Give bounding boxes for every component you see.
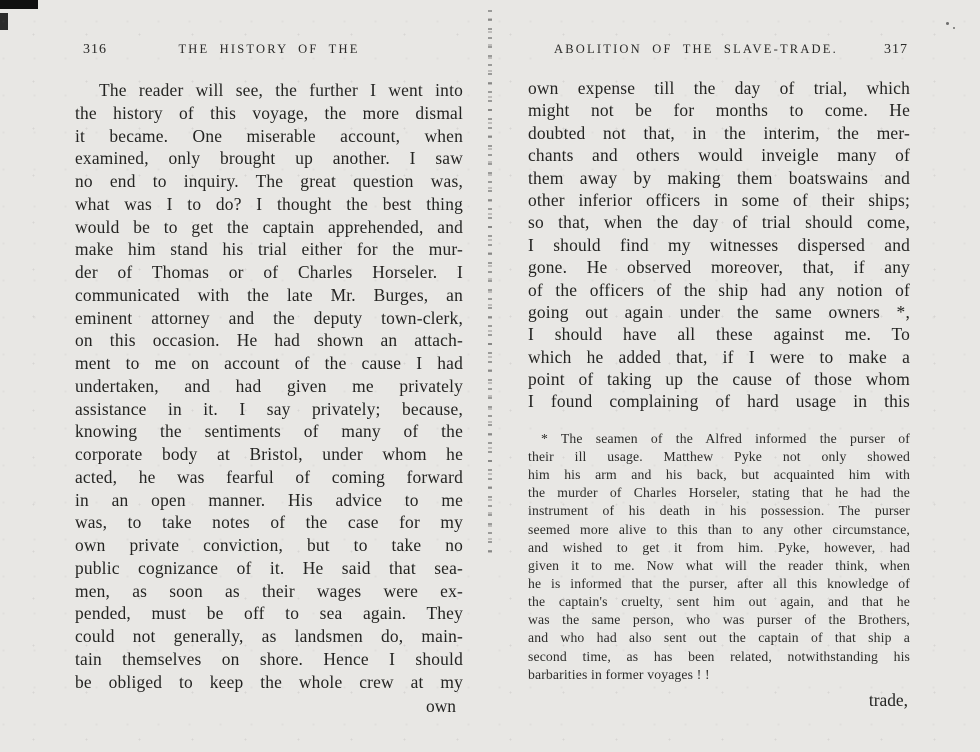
text-line: of the officers of the ship had any noti…: [528, 279, 910, 301]
text-line: second time, as has been related, notwit…: [528, 648, 910, 666]
text-line: public cognizance of it. He said that se…: [75, 557, 463, 580]
right-page-number: 317: [884, 42, 908, 58]
text-line: der of Thomas or of Charles Horseler. I: [75, 261, 463, 284]
text-line: be obliged to keep the whole crew at my: [75, 671, 463, 694]
text-line: their ill usage. Matthew Pyke not only s…: [528, 448, 910, 466]
text-line: eminent attorney and the deputy town-cle…: [75, 307, 463, 330]
text-line: undertaken, and had given me privately: [75, 375, 463, 398]
text-line: I should find my witnesses dispersed and: [528, 234, 910, 256]
text-line: he is informed that the purser, after al…: [528, 575, 910, 593]
text-line: gone. He observed moreover, that, if any: [528, 256, 910, 278]
text-line: and who had also sent out the captain of…: [528, 629, 910, 647]
text-line: which he added that, if I were to make a: [528, 346, 910, 368]
left-running-header: THE HISTORY OF THE: [75, 42, 463, 57]
text-line: could not generally, as landsmen do, mai…: [75, 625, 463, 648]
right-page-header: ABOLITION OF THE SLAVE-TRADE. 317: [528, 42, 910, 60]
text-line: what was I to do? I thought the best thi…: [75, 193, 463, 216]
text-line: own private conviction, but to take no: [75, 534, 463, 557]
left-page-catchword: own: [75, 695, 463, 717]
text-line: tain themselves on shore. Hence I should: [75, 648, 463, 671]
scanner-corner-mark: [0, 0, 38, 9]
text-line: assistance in it. I say privately; becau…: [75, 398, 463, 421]
text-line: I found complaining of hard usage in thi…: [528, 390, 910, 412]
text-line: knowing the sentiments of many of the: [75, 420, 463, 443]
text-line: corporate body at Bristol, under whom he: [75, 443, 463, 466]
text-line: chants and others would inveigle many of: [528, 144, 910, 166]
text-line: barbarities in former voyages ! !: [528, 666, 910, 684]
text-line: instrument of his death in his possessio…: [528, 502, 910, 520]
scanner-corner-mark: [0, 13, 8, 30]
left-page-body-text: The reader will see, the further I went …: [75, 79, 463, 693]
scan-speck: [953, 27, 955, 29]
text-line: other inferior officers in some of their…: [528, 189, 910, 211]
text-line: them away by making them boatswains and: [528, 167, 910, 189]
text-line: no end to inquiry. The great question wa…: [75, 170, 463, 193]
text-line: own expense till the day of trial, which: [528, 77, 910, 99]
text-line: the history of this voyage, the more dis…: [75, 102, 463, 125]
text-line: pended, must be off to sea again. They: [75, 602, 463, 625]
text-line: would be to get the captain apprehended,…: [75, 216, 463, 239]
text-line: might not be for months to come. He: [528, 99, 910, 121]
scan-speck: [946, 22, 949, 25]
right-page-body-text: own expense till the day of trial, which…: [528, 77, 910, 413]
left-page-header: 316 THE HISTORY OF THE: [75, 42, 463, 60]
text-line: doubted not that, in the interim, the me…: [528, 122, 910, 144]
text-line: acted, he was fearful of coming forward: [75, 466, 463, 489]
text-line: communicated with the late Mr. Burges, a…: [75, 284, 463, 307]
text-line: make him stand his trial either for the …: [75, 238, 463, 261]
text-line: ment to me on account of the cause I had: [75, 352, 463, 375]
text-line: it became. One miserable account, when: [75, 125, 463, 148]
text-line: was, to take notes of the case for my: [75, 511, 463, 534]
text-line: so that, when the day of trial should co…: [528, 211, 910, 233]
text-line: * The seamen of the Alfred informed the …: [528, 430, 910, 448]
text-line: seemed more alive to this than to any ot…: [528, 521, 910, 539]
book-scan: 316 THE HISTORY OF THE The reader will s…: [0, 0, 980, 752]
right-running-header: ABOLITION OF THE SLAVE-TRADE.: [528, 42, 864, 57]
text-line: and wished to get it from him. Pyke, how…: [528, 539, 910, 557]
text-line: on this occasion. He had shown an attach…: [75, 329, 463, 352]
text-line: The reader will see, the further I went …: [75, 79, 463, 102]
text-line: the murder of Charles Horseler, stating …: [528, 484, 910, 502]
text-line: him his arm and his back, but acquainted…: [528, 466, 910, 484]
right-page: ABOLITION OF THE SLAVE-TRADE. 317 own ex…: [528, 42, 910, 711]
text-line: men, as soon as their wages were ex-: [75, 580, 463, 603]
text-line: the captain's cruelty, sent him out agai…: [528, 593, 910, 611]
text-line: given it to me. Now what will the reader…: [528, 557, 910, 575]
text-line: I should have all these against me. To: [528, 323, 910, 345]
right-page-footnote: * The seamen of the Alfred informed the …: [528, 430, 910, 684]
gutter-noise: [488, 10, 492, 558]
text-line: point of taking up the cause of those wh…: [528, 368, 910, 390]
left-page: 316 THE HISTORY OF THE The reader will s…: [75, 42, 463, 717]
text-line: in an open manner. His advice to me: [75, 489, 463, 512]
text-line: going out again under the same owners *,: [528, 301, 910, 323]
text-line: was the same person, who was purser of t…: [528, 611, 910, 629]
right-page-catchword: trade,: [528, 689, 910, 711]
text-line: examined, only brought up another. I saw: [75, 147, 463, 170]
